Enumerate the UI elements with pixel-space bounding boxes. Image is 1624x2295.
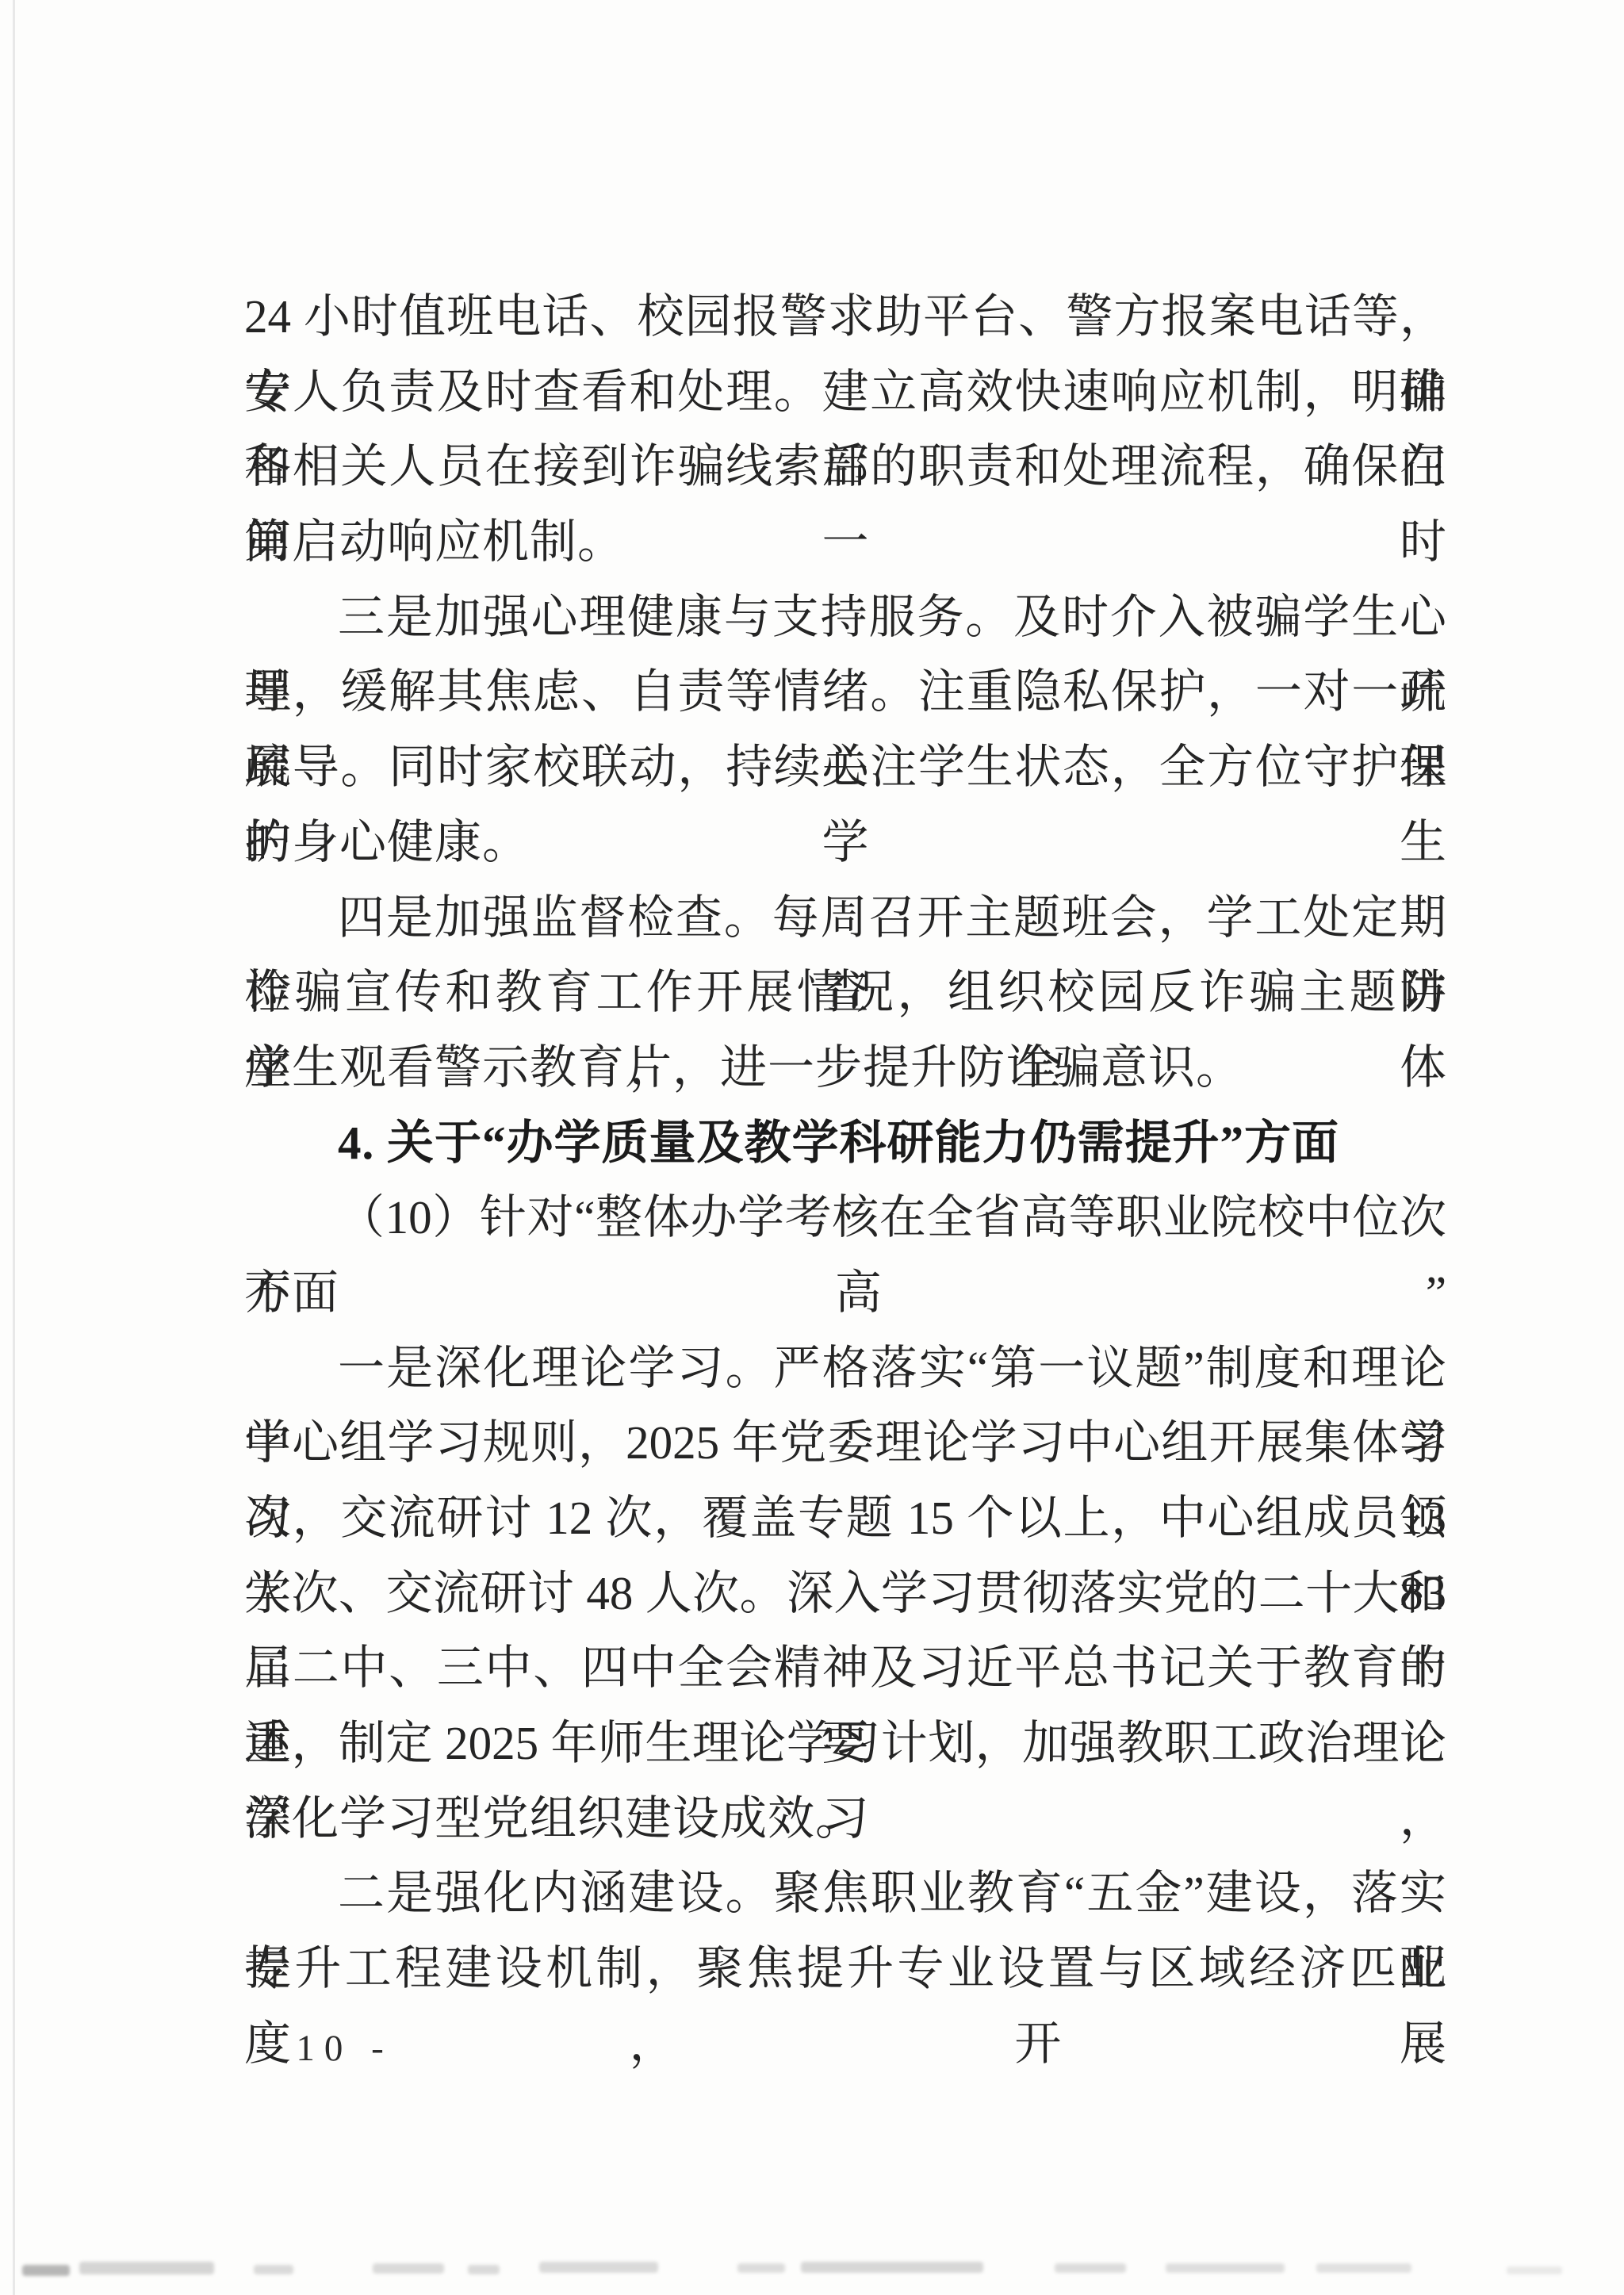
text-line: （10）针对“整体办学考核在全省高等职业院校中位次不高” [244, 1180, 1446, 1255]
text-line: 提升工程建设机制，聚焦提升专业设置与区域经济匹配度，开展 [244, 1931, 1446, 2006]
scan-smudge-artifact [539, 2262, 658, 2273]
scan-smudge-artifact [468, 2265, 500, 2274]
scan-edge-artifact [13, 0, 15, 2295]
scan-smudge-artifact [1166, 2263, 1285, 2273]
text-line: 中心组学习规则，2025 年党委理论学习中心组开展集体学习 13 [244, 1405, 1446, 1481]
text-line: 述，制定 2025 年师生理论学习计划，加强教职工政治理论学习， [244, 1706, 1446, 1781]
text-line: 次，交流研讨 12 次，覆盖专题 15 个以上，中心组成员领学 83 [244, 1481, 1446, 1556]
scan-smudge-artifact [1055, 2263, 1126, 2273]
text-line: 届二中、三中、四中全会精神及习近平总书记关于教育的重要论 [244, 1630, 1446, 1706]
text-line: 和相关人员在接到诈骗线索后的职责和处理流程，确保在第一时 [244, 429, 1446, 504]
scan-smudge-artifact [254, 2265, 293, 2274]
text-line: 四是加强监督检查。每周召开主题班会，学工处定期检查防 [244, 880, 1446, 956]
text-line: 二是强化内涵建设。聚焦职业教育“五金”建设，落实专业 [244, 1856, 1446, 1931]
scan-smudge-artifact [737, 2263, 785, 2273]
scan-smudge-artifact [1316, 2263, 1411, 2273]
text-line: 疏导。同时家校联动，持续关注学生状态，全方位守护保护学生 [244, 730, 1446, 805]
scan-smudge-artifact [801, 2262, 983, 2273]
text-line: 24 小时值班电话、校园报警求助平台、警方报案电话等，安排 [244, 279, 1446, 354]
document-page: 24 小时值班电话、校园报警求助平台、警方报案电话等，安排专人负责及时查看和处理… [0, 0, 1624, 2295]
scan-smudge-artifact [22, 2265, 70, 2276]
text-line: 三是加强心理健康与支持服务。及时介入被骗学生心理疏 [244, 580, 1446, 655]
text-line: 人次、交流研讨 48 人次。深入学习贯彻落实党的二十大和二十 [244, 1556, 1446, 1631]
section-heading: 4. 关于“办学质量及教学科研能力仍需提升”方面 [244, 1105, 1446, 1181]
document-body: 24 小时值班电话、校园报警求助平台、警方报案电话等，安排专人负责及时查看和处理… [244, 279, 1446, 2006]
text-line: 一是深化理论学习。严格落实“第一议题”制度和理论学习 [244, 1331, 1446, 1406]
scan-smudge-artifact [79, 2262, 214, 2274]
scan-smudge-artifact [373, 2263, 444, 2274]
scan-smudge-artifact [1507, 2266, 1562, 2274]
page-number: - 10 - [255, 2027, 393, 2070]
text-line: 导，缓解其焦虑、自责等情绪。注重隐私保护，一对一开展心理 [244, 654, 1446, 730]
text-line: 专人负责及时查看和处理。建立高效快速响应机制，明确各部门 [244, 354, 1446, 430]
text-line: 诈骗宣传和教育工作开展情况，组织校园反诈骗主题讲座，全体 [244, 955, 1446, 1030]
